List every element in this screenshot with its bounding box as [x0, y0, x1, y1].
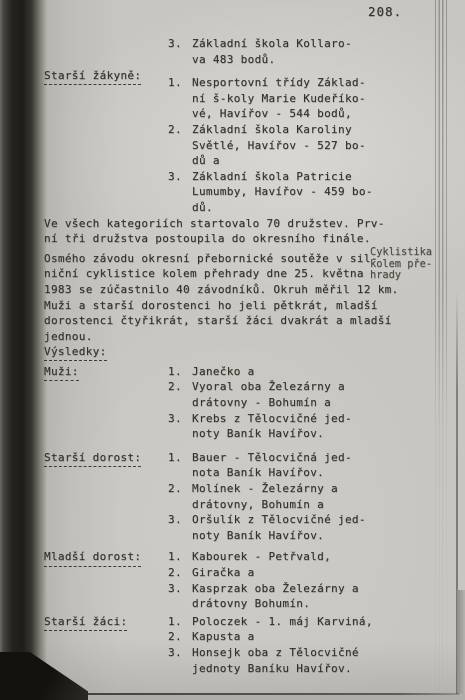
paragraph-line: Ve všech kategoriích startovalo 70 družs…	[44, 216, 419, 232]
item-text: Kasprzak oba Železárny a	[192, 582, 359, 595]
item-line: drátovny - Bohumín a	[168, 395, 419, 411]
ranked-list: 1.Nesportovní třídy Základ- ní š-koly Ma…	[168, 75, 419, 215]
item-number: 1.	[168, 450, 192, 466]
section-heading-label: Starší žákyně:	[44, 68, 141, 85]
item-line: 1.Janečko a	[168, 364, 419, 380]
item-text: Kapusta a	[192, 630, 255, 643]
results-heading: Výsledky:	[44, 344, 419, 360]
item-text: dů.	[192, 201, 213, 214]
item-line: Lumumby, Havířov - 459 bo-	[168, 184, 419, 200]
item-line: ní š-koly Marie Kudeříko-	[168, 91, 419, 107]
item-text: Nesportovní třídy Základ-	[192, 76, 366, 89]
paragraph-line: jednou.	[44, 329, 419, 345]
item-number: 3.	[168, 169, 192, 185]
page-content: 3.Základní škola Kollaro- va 483 bodů. S…	[0, 36, 465, 676]
item-text: Vyoral oba Železárny a	[192, 380, 345, 393]
section-row: Mladší dorost: 1.Kabourek - Petřvald, 2.…	[44, 549, 419, 611]
section-row: Starší žáci: 1.Poloczek - 1. máj Karviná…	[44, 614, 419, 676]
section-heading: Mladší dorost:	[44, 549, 168, 565]
item-line: noty Baník Havířov.	[168, 528, 419, 544]
item-text: Giračka a	[192, 566, 255, 579]
item-line: noty Baník Havířov.	[168, 426, 419, 442]
section-heading-empty	[44, 36, 168, 67]
item-line: 2.Základní škola Karoliny	[168, 122, 419, 138]
paragraph: Osmého závodu okresní přebornické soutěž…	[44, 251, 419, 345]
item-number: 3.	[168, 36, 192, 52]
item-line: 2.Giračka a	[168, 565, 419, 581]
item-text: drátovny - Bohumín a	[192, 396, 331, 409]
item-text: noty Baník Havířov.	[192, 529, 324, 542]
item-line: Světlé, Havířov - 527 bo-	[168, 138, 419, 154]
paragraph-line: ní tři družstva postoupila do okresního …	[44, 231, 419, 247]
section-row: Muži: 1.Janečko a 2.Vyoral oba Železárny…	[44, 364, 419, 442]
item-line: drátovny, Bohumín a	[168, 497, 419, 513]
item-line: 1.Kabourek - Petřvald,	[168, 549, 419, 565]
item-line: va 483 bodů.	[168, 52, 419, 68]
item-line: 3.Honsejk oba z Tělocvičné	[168, 645, 419, 661]
item-number: 2.	[168, 379, 192, 395]
item-line: 1.Nesportovní třídy Základ-	[168, 75, 419, 91]
item-text: jednoty Baníku Havířov.	[192, 662, 352, 675]
item-text: Světlé, Havířov - 527 bo-	[192, 139, 366, 152]
item-text: Poloczek - 1. máj Karviná,	[192, 615, 373, 628]
item-line: 1.Poloczek - 1. máj Karviná,	[168, 614, 419, 630]
section-row: Starší dorost: 1.Bauer - Tělocvičná jed-…	[44, 450, 419, 544]
paragraph-line: 1983 se zúčastnilo 40 závodníků. Okruh m…	[44, 282, 419, 298]
item-text: dů a	[192, 154, 220, 167]
item-line: dů.	[168, 200, 419, 216]
item-text: Základní škola Patricie	[192, 170, 352, 183]
item-line: 3.Základní škola Patricie	[168, 169, 419, 185]
section-heading-label: Starší žáci:	[44, 614, 127, 631]
item-text: vé, Havířov - 544 bodů,	[192, 107, 352, 120]
page-number: 208.	[368, 4, 402, 19]
section-heading-label: Muži:	[44, 364, 79, 381]
item-number: 2.	[168, 565, 192, 581]
item-text: Honsejk oba z Tělocvičné	[192, 646, 359, 659]
item-number: 2.	[168, 122, 192, 138]
item-text: Lumumby, Havířov - 459 bo-	[192, 185, 373, 198]
scanned-chronicle-page: 208. Cyklistika kolem pře- hrady 3.Zákla…	[0, 0, 465, 700]
item-text: Oršulík z Tělocvičné jed-	[192, 513, 366, 526]
paragraph-line: niční cyklistice kolem přehrady dne 25. …	[44, 266, 419, 282]
item-text: Krebs z Tělocvičné jed-	[192, 412, 352, 425]
item-line: 3.Kasprzak oba Železárny a	[168, 581, 419, 597]
item-text: drátovny, Bohumín a	[192, 498, 324, 511]
ranked-list: 1.Poloczek - 1. máj Karviná, 2.Kapusta a…	[168, 614, 419, 676]
item-line: 3.Oršulík z Tělocvičné jed-	[168, 512, 419, 528]
ranked-list: 1.Bauer - Tělocvičná jed- nota Baník Hav…	[168, 450, 419, 544]
item-line: nota Baník Havířov.	[168, 465, 419, 481]
item-text: nota Baník Havířov.	[192, 466, 324, 479]
item-number: 2.	[168, 629, 192, 645]
ranked-list: 1.Janečko a 2.Vyoral oba Železárny a drá…	[168, 364, 419, 442]
section-row: Starší žákyně: 1.Nesportovní třídy Zákla…	[44, 75, 419, 215]
item-line: dů a	[168, 153, 419, 169]
item-text: Janečko a	[192, 365, 255, 378]
item-text: Základní škola Kollaro-	[192, 37, 352, 50]
item-number: 3.	[168, 512, 192, 528]
item-number: 2.	[168, 481, 192, 497]
paragraph-line: Muži a starší dorostenci ho jeli pětkrát…	[44, 298, 419, 314]
item-line: vé, Havířov - 544 bodů,	[168, 106, 419, 122]
page-bottom-edge-line	[38, 693, 459, 695]
item-line: 2.Molínek - Železárny a	[168, 481, 419, 497]
item-number: 1.	[168, 549, 192, 565]
ranked-list: 1.Kabourek - Petřvald, 2.Giračka a 3.Kas…	[168, 549, 419, 611]
item-number: 1.	[168, 75, 192, 91]
item-text: drátovny Bohumín.	[192, 597, 310, 610]
item-text: noty Baník Havířov.	[192, 427, 324, 440]
section-row: 3.Základní škola Kollaro- va 483 bodů.	[44, 36, 419, 67]
item-number: 3.	[168, 645, 192, 661]
item-number: 1.	[168, 364, 192, 380]
item-text: Kabourek - Petřvald,	[192, 550, 331, 563]
section-heading-label: Starší dorost:	[44, 450, 141, 467]
item-line: jednoty Baníku Havířov.	[168, 661, 419, 677]
paragraph: Ve všech kategoriích startovalo 70 družs…	[44, 216, 419, 247]
item-line: 1.Bauer - Tělocvičná jed-	[168, 450, 419, 466]
ranked-list: 3.Základní škola Kollaro- va 483 bodů.	[168, 36, 419, 67]
item-line: drátovny Bohumín.	[168, 596, 419, 612]
item-number: 3.	[168, 411, 192, 427]
item-text: Základní škola Karoliny	[192, 123, 352, 136]
item-text: Bauer - Tělocvičná jed-	[192, 451, 352, 464]
item-number: 1.	[168, 614, 192, 630]
item-text: va 483 bodů.	[192, 53, 275, 66]
section-heading: Starší dorost:	[44, 450, 168, 466]
item-line: 3.Základní škola Kollaro-	[168, 36, 419, 52]
section-heading: Starší žáci:	[44, 614, 168, 630]
section-heading: Muži:	[44, 364, 168, 380]
item-line: 2.Vyoral oba Železárny a	[168, 379, 419, 395]
item-line: 2.Kapusta a	[168, 629, 419, 645]
section-heading-label: Mladší dorost:	[44, 549, 141, 566]
item-text: ní š-koly Marie Kudeříko-	[192, 92, 366, 105]
item-text: Molínek - Železárny a	[192, 482, 338, 495]
item-line: 3.Krebs z Tělocvičné jed-	[168, 411, 419, 427]
paragraph-line: dorostenci čtyřikrát, starší žáci dvakrá…	[44, 313, 419, 329]
section-heading: Starší žákyně:	[44, 75, 168, 91]
item-number: 3.	[168, 581, 192, 597]
paragraph-line: Osmého závodu okresní přebornické soutěž…	[44, 251, 419, 267]
